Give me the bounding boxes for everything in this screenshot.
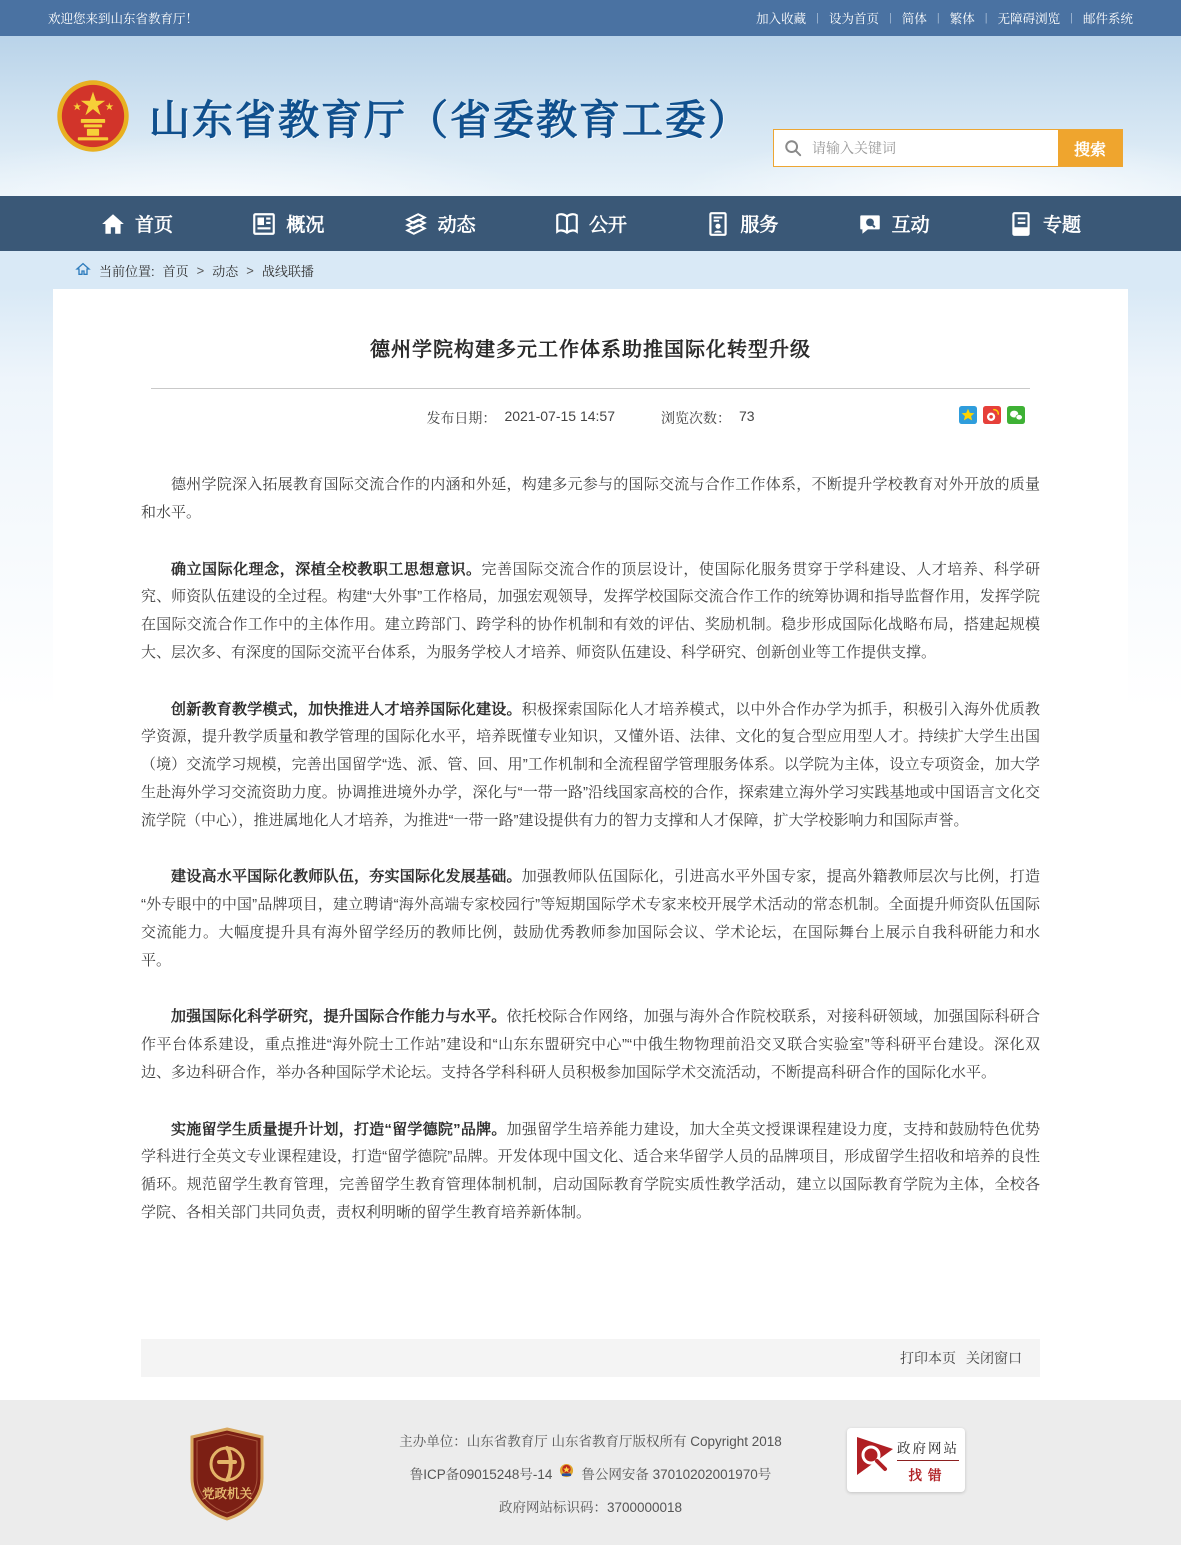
- find-error-badge[interactable]: 政府网站 找错: [847, 1428, 965, 1492]
- topic-page-icon: [1008, 211, 1034, 237]
- topbar: 欢迎您来到山东省教育厅！ 加入收藏| 设为首页| 简体| 繁体| 无障碍浏览| …: [0, 0, 1181, 36]
- chat-bubble-icon: [857, 211, 883, 237]
- search-box: 搜索: [773, 129, 1123, 167]
- paragraph: 实施留学生质量提升计划，打造“留学德院”品牌。加强留学生培养能力建设，加大全英文…: [141, 1116, 1040, 1227]
- nav-item-news[interactable]: 动态: [403, 210, 476, 237]
- breadcrumb-item-home[interactable]: 首页: [163, 261, 189, 280]
- separator: |: [1070, 12, 1073, 24]
- search-input[interactable]: [812, 130, 1058, 166]
- main-nav: 首页 概况 动态 公开 服务 互动 专题: [0, 196, 1181, 251]
- article-card: 德州学院构建多元工作体系助推国际化转型升级 发布日期： 2021-07-15 1…: [53, 289, 1128, 1389]
- article-title: 德州学院构建多元工作体系助推国际化转型升级: [141, 333, 1040, 362]
- separator: |: [889, 12, 892, 24]
- security-number[interactable]: 鲁公网安备 37010202001970号: [581, 1463, 771, 1483]
- breadcrumb-item-section[interactable]: 战线联播: [262, 261, 314, 280]
- nav-item-interact[interactable]: 互动: [857, 210, 930, 237]
- topbar-link-accessibility[interactable]: 无障碍浏览: [998, 9, 1061, 27]
- topbar-link-mail[interactable]: 邮件系统: [1083, 9, 1133, 27]
- footer-host-line: 主办单位：山东省教育厅 山东省教育厅版权所有 Copyright 2018: [399, 1430, 782, 1450]
- article-body: 德州学院深入拓展教育国际交流合作的内涵和外延，构建多元参与的国际交流与合作工作体…: [141, 471, 1040, 1256]
- nav-item-home[interactable]: 首页: [100, 210, 173, 237]
- service-document-icon: [705, 211, 731, 237]
- search-button[interactable]: 搜索: [1058, 130, 1122, 166]
- print-page-button[interactable]: 打印本页: [900, 1348, 956, 1368]
- separator: >: [197, 263, 205, 278]
- national-emblem-logo: [55, 78, 131, 154]
- nav-item-open[interactable]: 公开: [554, 210, 627, 237]
- svg-text:党政机关: 党政机关: [202, 1486, 253, 1501]
- party-government-badge[interactable]: 党政机关: [186, 1426, 268, 1525]
- find-error-icon: [853, 1435, 897, 1485]
- brand: 山东省教育厅（省委教育工委）: [55, 78, 751, 154]
- main-area: 德州学院构建多元工作体系助推国际化转型升级 发布日期： 2021-07-15 1…: [0, 289, 1181, 1400]
- publish-date: 发布日期： 2021-07-15 14:57: [426, 408, 615, 428]
- paragraph: 建设高水平国际化教师队伍，夯实国际化发展基础。加强教师队伍国际化，引进高水平外国…: [141, 863, 1040, 974]
- separator: |: [816, 12, 819, 24]
- footer: 党政机关 主办单位：山东省教育厅 山东省教育厅版权所有 Copyright 20…: [0, 1400, 1181, 1545]
- title-divider: [151, 388, 1030, 389]
- separator: |: [937, 12, 940, 24]
- home-icon: [100, 211, 126, 237]
- paragraph: 加强国际化科学研究，提升国际合作能力与水平。依托校际合作网络，加强与海外合作院校…: [141, 1003, 1040, 1086]
- police-badge-icon: [559, 1463, 574, 1482]
- topbar-link-homepage[interactable]: 设为首页: [829, 9, 879, 27]
- share-icons: [959, 406, 1025, 424]
- topbar-link-traditional[interactable]: 繁体: [950, 9, 975, 27]
- article-meta: 发布日期： 2021-07-15 14:57 浏览次数： 73: [141, 405, 1040, 431]
- newspaper-icon: [251, 211, 277, 237]
- welcome-text: 欢迎您来到山东省教育厅！: [48, 9, 198, 27]
- icp-number[interactable]: 鲁ICP备09015248号-14: [410, 1463, 553, 1483]
- site-title: 山东省教育厅（省委教育工委）: [149, 87, 751, 146]
- separator: >: [246, 263, 254, 278]
- close-window-button[interactable]: 关闭窗口: [966, 1348, 1022, 1368]
- qzone-share-icon[interactable]: [959, 406, 977, 424]
- nav-item-topics[interactable]: 专题: [1008, 210, 1081, 237]
- article-actions-bar: 打印本页 关闭窗口: [141, 1339, 1040, 1377]
- nav-item-overview[interactable]: 概况: [251, 210, 324, 237]
- open-book-icon: [554, 211, 580, 237]
- breadcrumb-label: 当前位置:: [99, 261, 155, 280]
- weibo-share-icon[interactable]: [983, 406, 1001, 424]
- view-count: 浏览次数： 73: [661, 408, 755, 428]
- topbar-link-favorite[interactable]: 加入收藏: [756, 9, 806, 27]
- paragraph: 创新教育教学模式，加快推进人才培养国际化建设。积极探索国际化人才培养模式，以中外…: [141, 696, 1040, 835]
- nav-item-service[interactable]: 服务: [705, 210, 778, 237]
- layers-icon: [403, 211, 429, 237]
- topbar-link-simplified[interactable]: 简体: [902, 9, 927, 27]
- breadcrumb-home-icon: [75, 261, 91, 280]
- footer-site-code-line: 政府网站标识码：3700000018: [499, 1496, 682, 1516]
- site-header: 山东省教育厅（省委教育工委） 搜索: [0, 36, 1181, 196]
- separator: |: [985, 12, 988, 24]
- footer-icp-line: 鲁ICP备09015248号-14 鲁公网安备 37010202001970号: [410, 1463, 771, 1483]
- search-icon: [774, 130, 812, 166]
- paragraph: 确立国际化理念，深植全校教职工思想意识。完善国际交流合作的顶层设计，使国际化服务…: [141, 556, 1040, 667]
- wechat-share-icon[interactable]: [1007, 406, 1025, 424]
- breadcrumb-item-news[interactable]: 动态: [212, 261, 238, 280]
- find-error-texts: 政府网站 找错: [897, 1437, 959, 1484]
- breadcrumb: 当前位置: 首页 > 动态 > 战线联播: [0, 251, 1181, 289]
- topbar-links: 加入收藏| 设为首页| 简体| 繁体| 无障碍浏览| 邮件系统: [756, 9, 1133, 27]
- paragraph: 德州学院深入拓展教育国际交流合作的内涵和外延，构建多元参与的国际交流与合作工作体…: [141, 471, 1040, 527]
